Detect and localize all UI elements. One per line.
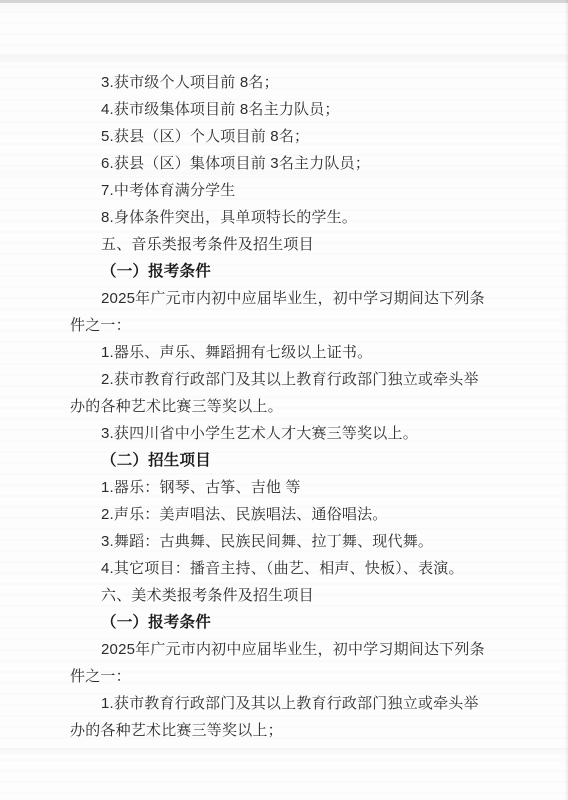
document-line: 5.获县（区）个人项目前 8名； (70, 123, 470, 150)
page-top-edge (0, 0, 568, 3)
document-line: 3.获市级个人项目前 8名； (70, 69, 470, 96)
document-line: 办的各种艺术比赛三等奖以上。 (70, 393, 470, 420)
document-line: 8.身体条件突出，具单项特长的学生。 (70, 204, 470, 231)
document-line: 2.声乐：美声唱法、民族唱法、通俗唱法。 (70, 501, 470, 528)
photo-artifact-band (0, 748, 568, 754)
document-line: 1.器乐：钢琴、古筝、吉他 等 (70, 474, 470, 501)
document-line: 件之一： (70, 312, 470, 339)
document-line: 3.获四川省中小学生艺术人才大赛三等奖以上。 (70, 420, 470, 447)
photo-artifact-band (0, 54, 568, 62)
document-line: 4.其它项目：播音主持、（曲艺、相声、快板）、表演。 (70, 555, 470, 582)
document-line: 6.获县（区）集体项目前 3名主力队员； (70, 150, 470, 177)
document-heading-line: （二）招生项目 (70, 447, 470, 474)
document-line: 2.获市教育行政部门及其以上教育行政部门独立或牵头举 (70, 366, 470, 393)
document-line: 3.舞蹈：古典舞、民族民间舞、拉丁舞、现代舞。 (70, 528, 470, 555)
document-line: 件之一： (70, 663, 470, 690)
document-line: 7.中考体育满分学生 (70, 177, 470, 204)
document-line: 办的各种艺术比赛三等奖以上； (70, 717, 470, 744)
document-line: 1.器乐、声乐、舞蹈拥有七级以上证书。 (70, 339, 470, 366)
document-section-line: 六、美术类报考条件及招生项目 (70, 582, 470, 609)
document-line: 2025年广元市内初中应届毕业生，初中学习期间达下列条 (70, 285, 470, 312)
document-text-block: 3.获市级个人项目前 8名；4.获市级集体项目前 8名主力队员；5.获县（区）个… (70, 69, 470, 744)
document-line: 1.获市教育行政部门及其以上教育行政部门独立或牵头举 (70, 690, 470, 717)
document-heading-line: （一）报考条件 (70, 609, 470, 636)
document-line: 4.获市级集体项目前 8名主力队员； (70, 96, 470, 123)
document-page: 3.获市级个人项目前 8名；4.获市级集体项目前 8名主力队员；5.获县（区）个… (0, 0, 568, 800)
document-line: 2025年广元市内初中应届毕业生，初中学习期间达下列条 (70, 636, 470, 663)
document-section-line: 五、音乐类报考条件及招生项目 (70, 231, 470, 258)
document-heading-line: （一）报考条件 (70, 258, 470, 285)
